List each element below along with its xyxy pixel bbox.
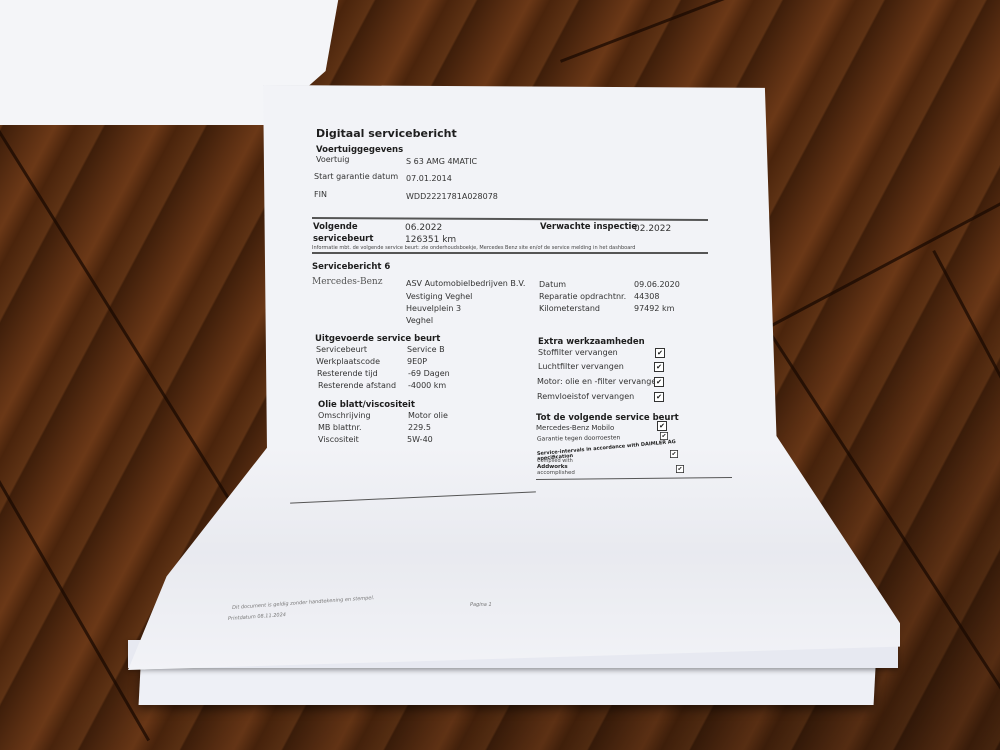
mb-sheet-label: MB blattnr. bbox=[318, 423, 362, 432]
mileage-value: 97492 km bbox=[634, 304, 674, 313]
next-service-km: 126351 km bbox=[405, 235, 456, 245]
extra-work-item: Luchtfilter vervangen bbox=[538, 362, 624, 371]
fin-value: WDD2221781A028078 bbox=[406, 192, 498, 201]
dealer-city: Veghel bbox=[406, 316, 433, 325]
order-number-label: Reparatie opdrachtnr. bbox=[539, 292, 626, 301]
checkbox-checked bbox=[654, 377, 664, 387]
viscosity-value: 5W-40 bbox=[407, 435, 433, 444]
inspection-label: Verwachte inspectie bbox=[540, 222, 637, 232]
mb-sheet-value: 229.5 bbox=[408, 423, 431, 432]
until-next-item: Mercedes-Benz Mobilo bbox=[536, 424, 614, 432]
divider bbox=[312, 217, 708, 221]
remaining-distance-label: Resterende afstand bbox=[318, 381, 396, 390]
checkbox-checked bbox=[654, 362, 664, 372]
next-service-label-1: Volgende bbox=[313, 222, 358, 232]
divider bbox=[312, 252, 708, 254]
remaining-time-label: Resterende tijd bbox=[317, 369, 378, 378]
checkbox-checked bbox=[676, 465, 684, 473]
extra-work-heading: Extra werkzaamheden bbox=[538, 337, 645, 347]
divider bbox=[290, 491, 536, 503]
checkbox-checked bbox=[657, 421, 667, 431]
service-type-label: Servicebeurt bbox=[316, 345, 367, 354]
fin-label: FIN bbox=[314, 190, 327, 199]
warranty-start-value: 07.01.2014 bbox=[406, 174, 452, 183]
next-service-info: Informatie mbt. de volgende service beur… bbox=[312, 245, 635, 251]
until-next-item-sub: accomplished bbox=[537, 470, 575, 476]
oil-description-label: Omschrijving bbox=[318, 411, 371, 420]
workshop-code-label: Werkplaatscode bbox=[316, 357, 380, 366]
extra-work-item: Motor: olie en -filter vervangen bbox=[537, 377, 661, 386]
dealer-name: ASV Automobielbedrijven B.V. bbox=[406, 279, 525, 288]
viscosity-label: Viscositeit bbox=[318, 435, 359, 444]
service-report-heading: Servicebericht 6 bbox=[312, 262, 390, 272]
inspection-date: 02.2022 bbox=[634, 224, 671, 234]
footer-page-number: Pagina 1 bbox=[470, 602, 492, 608]
checkbox-checked bbox=[655, 348, 665, 358]
footer-print-date: Printdatum 08.11.2024 bbox=[228, 612, 286, 622]
document-title: Digitaal servicebericht bbox=[316, 127, 457, 140]
extra-work-item: Stoffilter vervangen bbox=[538, 348, 618, 357]
checkbox-checked bbox=[654, 392, 664, 402]
divider bbox=[536, 477, 732, 480]
next-service-date: 06.2022 bbox=[405, 223, 442, 233]
dealer-street: Heuvelplein 3 bbox=[406, 304, 461, 313]
service-report-document: Digitaal servicebericht Voertuiggegevens… bbox=[0, 0, 1000, 750]
checkbox-checked bbox=[670, 450, 678, 458]
brand-logo-text: Mercedes-Benz bbox=[312, 277, 382, 287]
footer-note: Dit document is geldig zonder handtekeni… bbox=[232, 595, 375, 611]
oil-description-value: Motor olie bbox=[408, 411, 448, 420]
service-type-value: Service B bbox=[407, 345, 445, 354]
vehicle-value: S 63 AMG 4MATIC bbox=[406, 157, 477, 166]
mileage-label: Kilometerstand bbox=[539, 304, 600, 313]
date-value: 09.06.2020 bbox=[634, 280, 680, 289]
vehicle-label: Voertuig bbox=[316, 155, 349, 164]
workshop-code-value: 9E0P bbox=[407, 357, 427, 366]
remaining-time-value: -69 Dagen bbox=[408, 369, 450, 378]
date-label: Datum bbox=[539, 280, 566, 289]
vehicle-heading: Voertuiggegevens bbox=[316, 145, 403, 155]
extra-work-item: Remvloeistof vervangen bbox=[537, 392, 634, 401]
next-service-label-2: servicebeurt bbox=[313, 234, 373, 244]
dealer-branch: Vestiging Veghel bbox=[406, 292, 472, 301]
performed-service-heading: Uitgevoerde service beurt bbox=[315, 334, 440, 344]
remaining-distance-value: -4000 km bbox=[408, 381, 446, 390]
order-number-value: 44308 bbox=[634, 292, 659, 301]
until-next-item: Garantie tegen doorroesten bbox=[537, 434, 620, 442]
oil-heading: Olie blatt/viscositeit bbox=[318, 400, 415, 410]
warranty-start-label: Start garantie datum bbox=[314, 172, 398, 181]
